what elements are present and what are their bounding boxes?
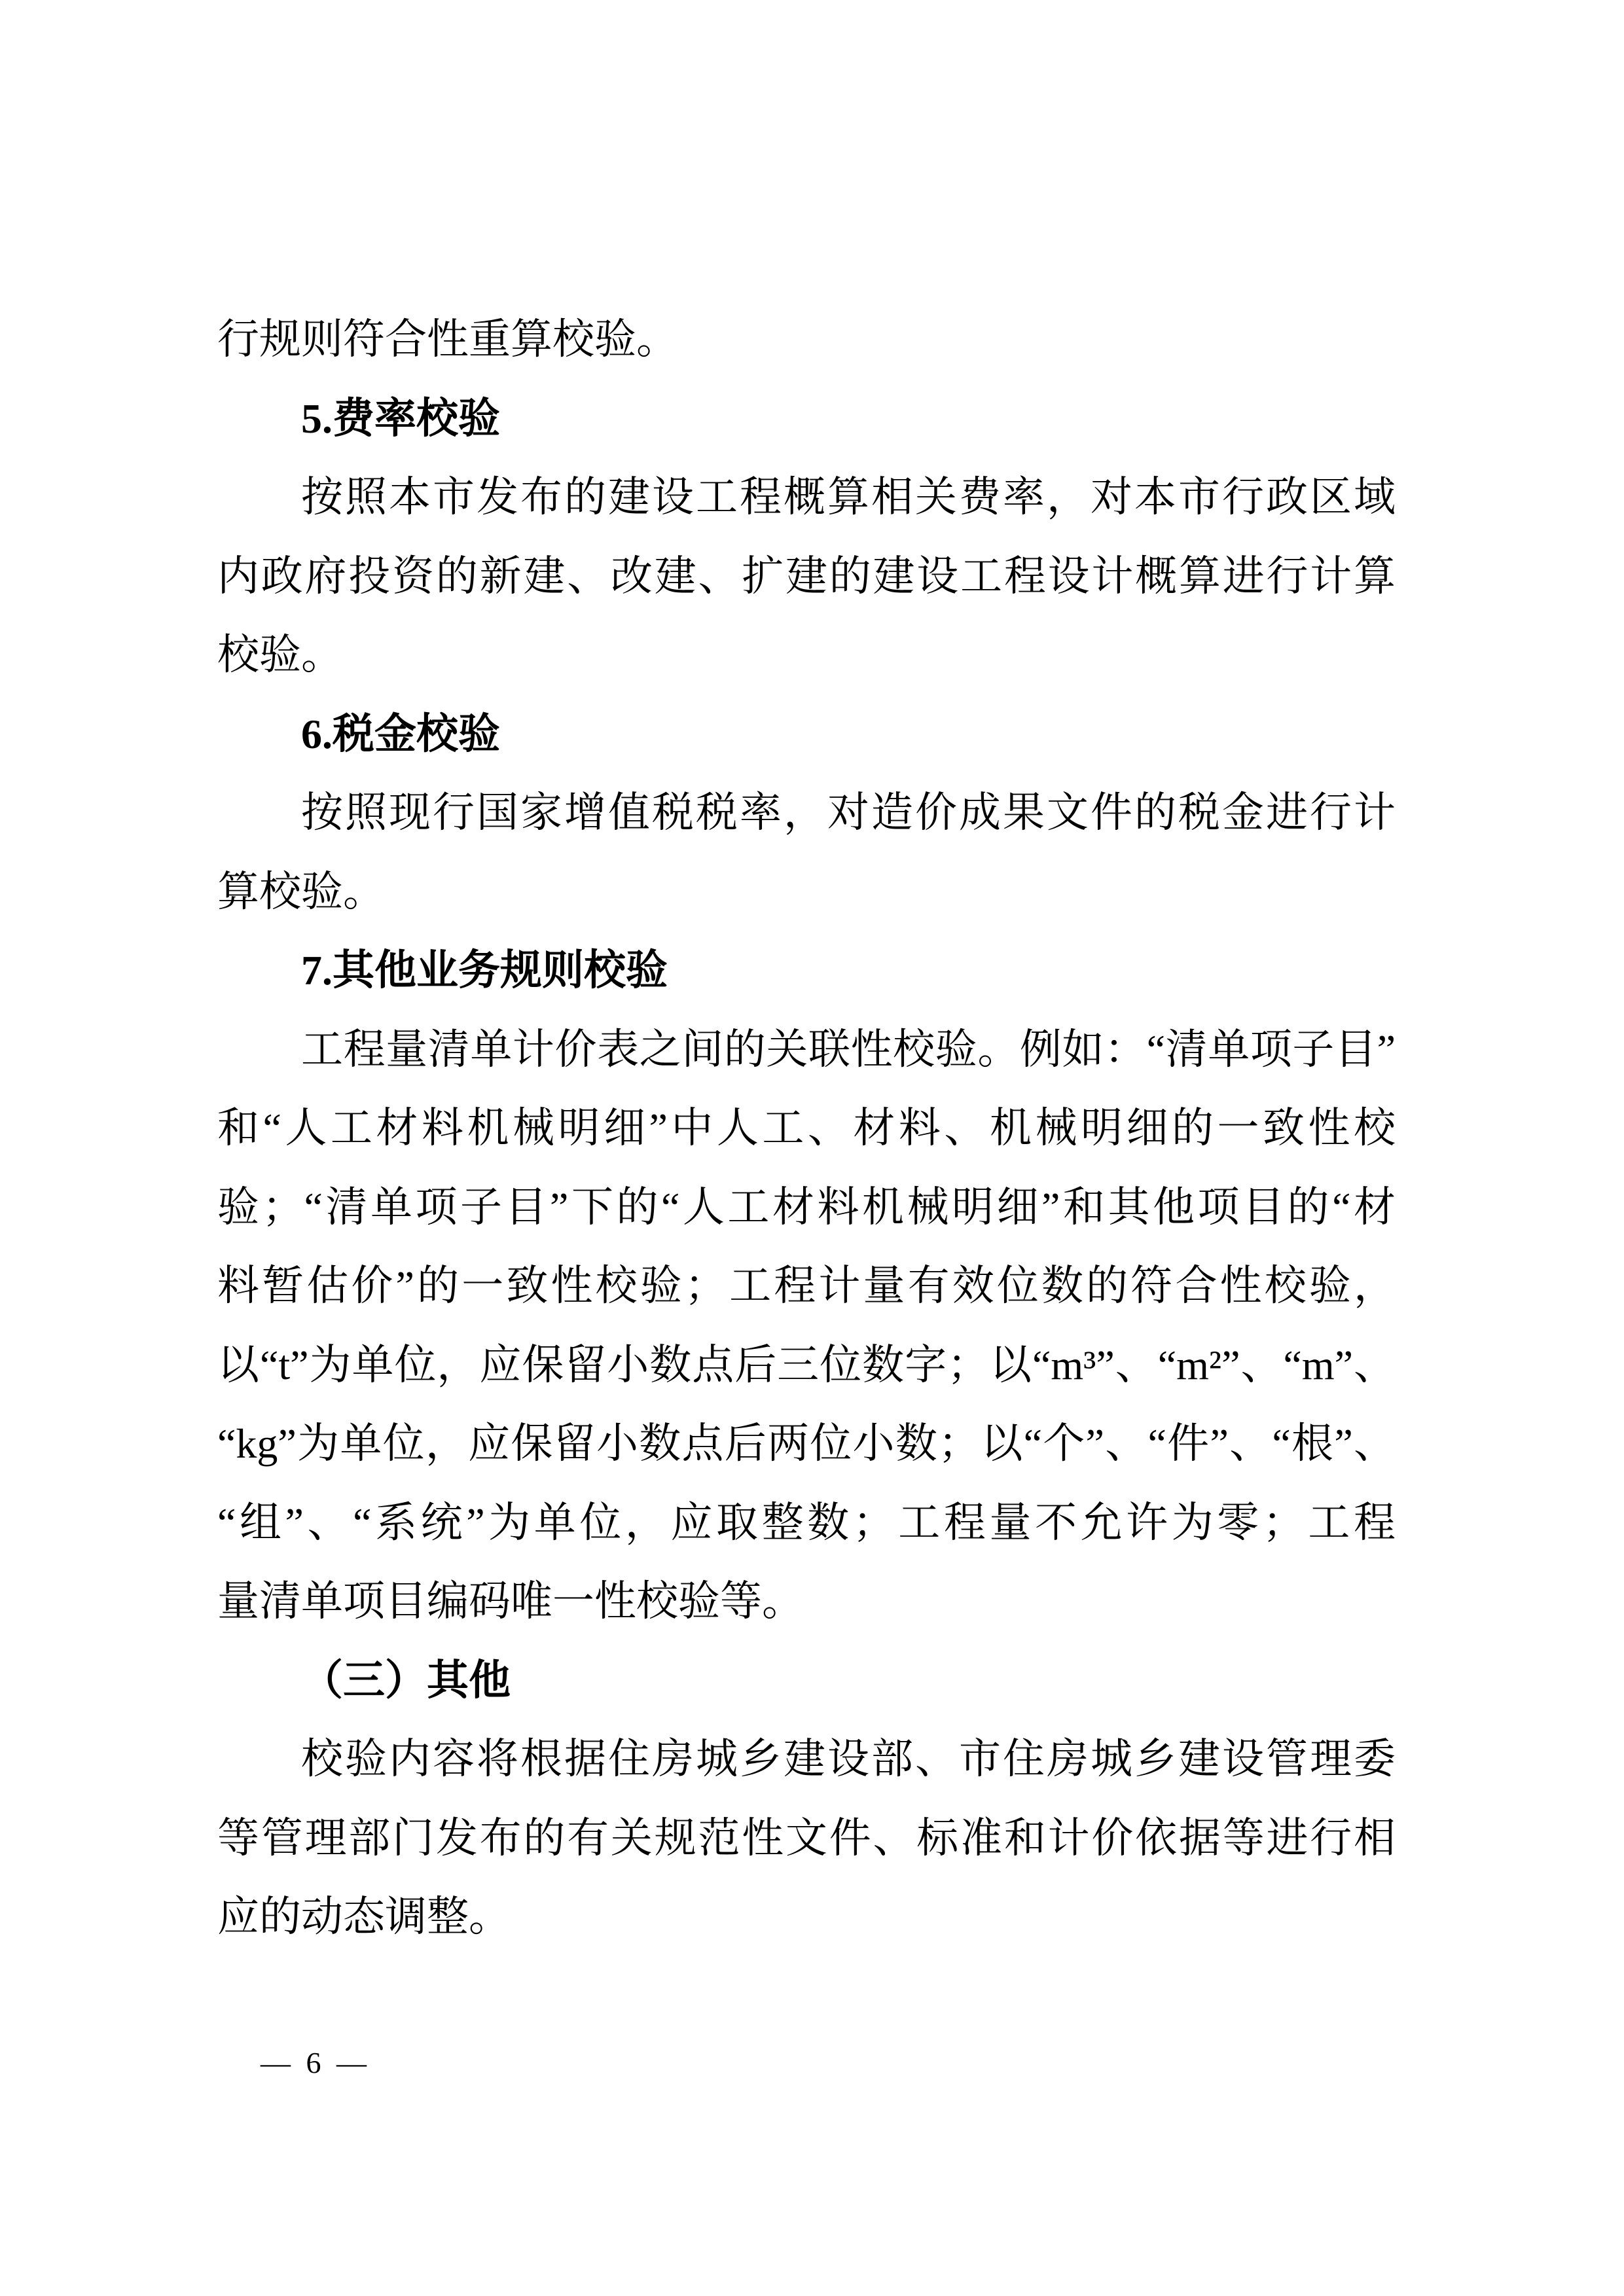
section-heading-7: 7.其他业务规则校验 bbox=[217, 931, 1396, 1011]
paragraph-line: 内政府投资的新建、改建、扩建的建设工程设计概算进行计算 bbox=[217, 537, 1396, 617]
paragraph-line: 校验内容将根据住房城乡建设部、市住房城乡建设管理委 bbox=[217, 1720, 1396, 1799]
paragraph-line: 料暂估价”的一致性校验；工程计量有效位数的符合性校验， bbox=[217, 1247, 1396, 1326]
document-body: 行规则符合性重算校验。 5.费率校验 按照本市发布的建设工程概算相关费率，对本市… bbox=[217, 300, 1396, 1957]
paragraph-line: “组”、“系统”为单位，应取整数；工程量不允许为零；工程 bbox=[217, 1484, 1396, 1563]
paragraph-line: 工程量清单计价表之间的关联性校验。例如：“清单项子目” bbox=[217, 1011, 1396, 1090]
section-heading-three: （三）其他 bbox=[217, 1641, 1396, 1721]
section-heading-6: 6.税金校验 bbox=[217, 695, 1396, 774]
paragraph-line: “kg”为单位，应保留小数点后两位小数；以“个”、“件”、“根”、 bbox=[217, 1405, 1396, 1484]
paragraph-line: 按照现行国家增值税税率，对造价成果文件的税金进行计 bbox=[217, 774, 1396, 853]
paragraph-last-line: 算校验。 bbox=[217, 853, 1396, 932]
section-heading-5: 5.费率校验 bbox=[217, 380, 1396, 459]
paragraph-last-line: 量清单项目编码唯一性校验等。 bbox=[217, 1562, 1396, 1641]
paragraph-last-line: 应的动态调整。 bbox=[217, 1878, 1396, 1957]
page-number: — 6 — bbox=[261, 2043, 370, 2083]
document-page: 行规则符合性重算校验。 5.费率校验 按照本市发布的建设工程概算相关费率，对本市… bbox=[0, 0, 1624, 2296]
paragraph-line: 等管理部门发布的有关规范性文件、标准和计价依据等进行相 bbox=[217, 1799, 1396, 1878]
paragraph-line: 和“人工材料机械明细”中人工、材料、机械明细的一致性校 bbox=[217, 1089, 1396, 1168]
paragraph-last-line: 校验。 bbox=[217, 616, 1396, 695]
paragraph-line: 按照本市发布的建设工程概算相关费率，对本市行政区域 bbox=[217, 458, 1396, 537]
paragraph-last-line: 行规则符合性重算校验。 bbox=[217, 300, 1396, 380]
paragraph-line: 验；“清单项子目”下的“人工材料机械明细”和其他项目的“材 bbox=[217, 1168, 1396, 1247]
paragraph-line: 以“t”为单位，应保留小数点后三位数字；以“m³”、“m²”、“m”、 bbox=[217, 1326, 1396, 1405]
